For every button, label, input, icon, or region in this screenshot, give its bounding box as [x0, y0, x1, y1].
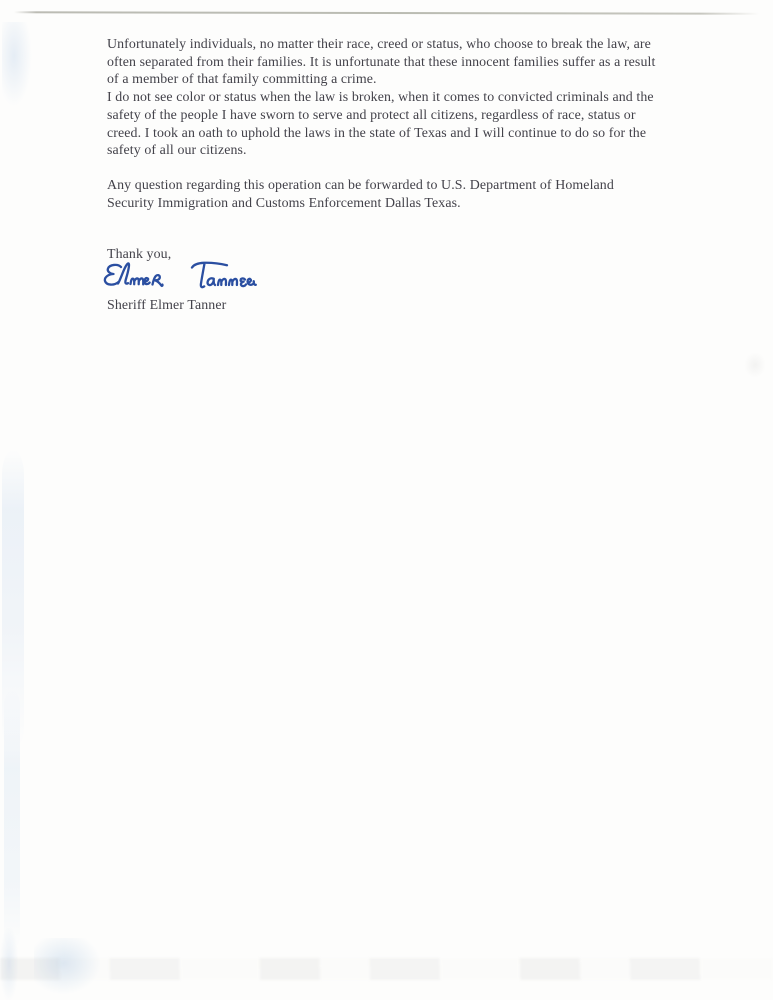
signature-ink-icon [100, 250, 260, 298]
scan-smudge [0, 958, 773, 980]
text-line: Any question regarding this operation ca… [107, 177, 614, 195]
text-line: I do not see color or status when the la… [107, 89, 655, 107]
text-line: safety of the people I have sworn to ser… [107, 107, 655, 125]
scan-smudge [2, 450, 24, 750]
scan-smudge [4, 690, 20, 950]
typed-signature-name: Sheriff Elmer Tanner [107, 297, 226, 315]
text-line: Unfortunately individuals, no matter the… [107, 36, 655, 54]
scan-smudge [34, 938, 100, 994]
signature-handwriting [100, 250, 260, 298]
scan-line-artifact [14, 11, 759, 15]
paragraph-contact: Any question regarding this operation ca… [107, 177, 614, 212]
paragraph-families: Unfortunately individuals, no matter the… [107, 36, 655, 160]
text-line: of a member of that family committing a … [107, 71, 655, 89]
text-line: safety of all our citizens. [107, 142, 655, 160]
scan-smudge [2, 22, 32, 107]
letter-page: Unfortunately individuals, no matter the… [0, 0, 773, 1000]
text-line: Security Immigration and Customs Enforce… [107, 195, 614, 213]
text-line: often separated from their families. It … [107, 54, 655, 72]
scan-smudge [0, 928, 18, 1000]
scan-smudge [744, 352, 766, 378]
text-line: creed. I took an oath to uphold the laws… [107, 125, 655, 143]
